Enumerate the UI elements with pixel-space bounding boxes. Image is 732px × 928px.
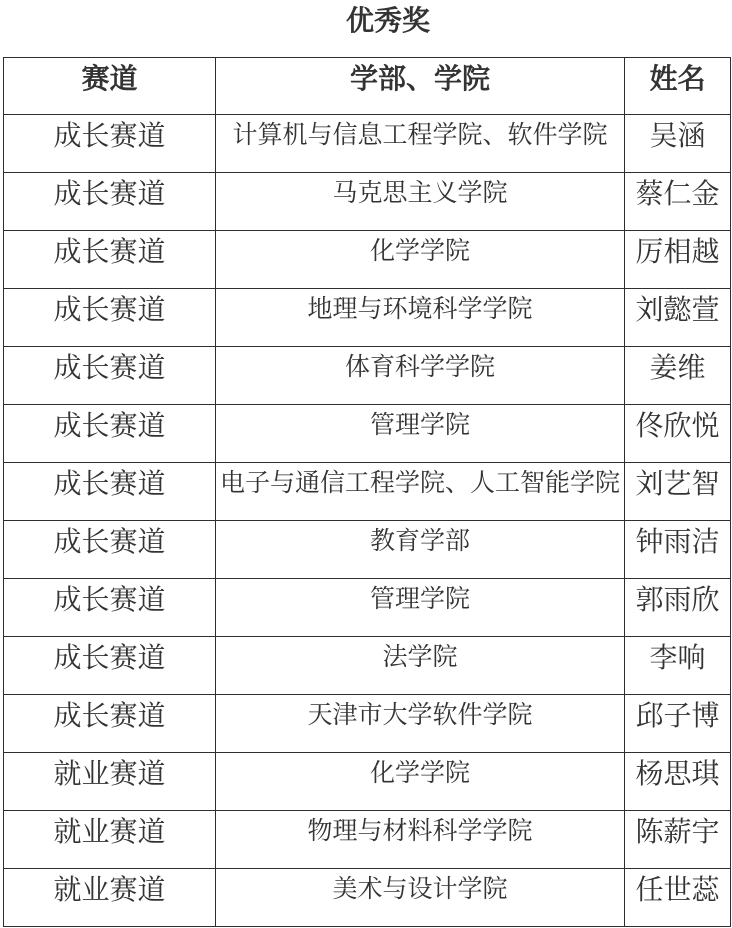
track-cell: 成长赛道	[4, 521, 216, 579]
header-row: 赛道 学部、学院 姓名	[4, 58, 731, 115]
table-row: 就业赛道美术与设计学院任世蕊	[4, 869, 731, 927]
track-cell: 成长赛道	[4, 695, 216, 753]
track-cell: 成长赛道	[4, 289, 216, 347]
table-row: 成长赛道化学学院厉相越	[4, 231, 731, 289]
college-cell: 马克思主义学院	[216, 173, 625, 231]
track-cell: 成长赛道	[4, 173, 216, 231]
name-cell: 任世蕊	[625, 869, 731, 927]
college-cell: 化学学院	[216, 753, 625, 811]
name-cell: 吴涵	[625, 115, 731, 173]
college-cell: 化学学院	[216, 231, 625, 289]
college-cell: 美术与设计学院	[216, 869, 625, 927]
table-row: 成长赛道法学院李响	[4, 637, 731, 695]
column-header-track: 赛道	[4, 58, 216, 115]
name-cell: 刘懿萱	[625, 289, 731, 347]
name-cell: 厉相越	[625, 231, 731, 289]
table-row: 成长赛道马克思主义学院蔡仁金	[4, 173, 731, 231]
table-body: 成长赛道计算机与信息工程学院、软件学院吴涵成长赛道马克思主义学院蔡仁金成长赛道化…	[4, 115, 731, 927]
college-cell: 管理学院	[216, 405, 625, 463]
name-cell: 佟欣悦	[625, 405, 731, 463]
name-cell: 杨思琪	[625, 753, 731, 811]
college-cell: 计算机与信息工程学院、软件学院	[216, 115, 625, 173]
track-cell: 成长赛道	[4, 347, 216, 405]
column-header-college: 学部、学院	[216, 58, 625, 115]
name-cell: 蔡仁金	[625, 173, 731, 231]
name-cell: 陈薪宇	[625, 811, 731, 869]
awards-table: 赛道 学部、学院 姓名 成长赛道计算机与信息工程学院、软件学院吴涵成长赛道马克思…	[3, 57, 731, 927]
name-cell: 李响	[625, 637, 731, 695]
college-cell: 天津市大学软件学院	[216, 695, 625, 753]
name-cell: 钟雨洁	[625, 521, 731, 579]
table-row: 成长赛道管理学院佟欣悦	[4, 405, 731, 463]
name-cell: 郭雨欣	[625, 579, 731, 637]
table-row: 成长赛道地理与环境科学学院刘懿萱	[4, 289, 731, 347]
college-cell: 教育学部	[216, 521, 625, 579]
column-header-name: 姓名	[625, 58, 731, 115]
track-cell: 就业赛道	[4, 811, 216, 869]
name-cell: 邱子博	[625, 695, 731, 753]
track-cell: 成长赛道	[4, 405, 216, 463]
name-cell: 刘艺智	[625, 463, 731, 521]
track-cell: 成长赛道	[4, 463, 216, 521]
table-row: 成长赛道天津市大学软件学院邱子博	[4, 695, 731, 753]
table-row: 就业赛道物理与材料科学学院陈薪宇	[4, 811, 731, 869]
college-cell: 法学院	[216, 637, 625, 695]
table-row: 成长赛道电子与通信工程学院、人工智能学院刘艺智	[4, 463, 731, 521]
track-cell: 就业赛道	[4, 869, 216, 927]
page-title: 优秀奖	[0, 0, 732, 57]
table-row: 成长赛道计算机与信息工程学院、软件学院吴涵	[4, 115, 731, 173]
college-cell: 管理学院	[216, 579, 625, 637]
track-cell: 成长赛道	[4, 115, 216, 173]
table-row: 成长赛道体育科学学院姜维	[4, 347, 731, 405]
track-cell: 成长赛道	[4, 231, 216, 289]
college-cell: 物理与材料科学学院	[216, 811, 625, 869]
track-cell: 就业赛道	[4, 753, 216, 811]
table-row: 成长赛道教育学部钟雨洁	[4, 521, 731, 579]
college-cell: 体育科学学院	[216, 347, 625, 405]
college-cell: 地理与环境科学学院	[216, 289, 625, 347]
track-cell: 成长赛道	[4, 637, 216, 695]
table-row: 就业赛道化学学院杨思琪	[4, 753, 731, 811]
college-cell: 电子与通信工程学院、人工智能学院	[216, 463, 625, 521]
table-row: 成长赛道管理学院郭雨欣	[4, 579, 731, 637]
track-cell: 成长赛道	[4, 579, 216, 637]
name-cell: 姜维	[625, 347, 731, 405]
